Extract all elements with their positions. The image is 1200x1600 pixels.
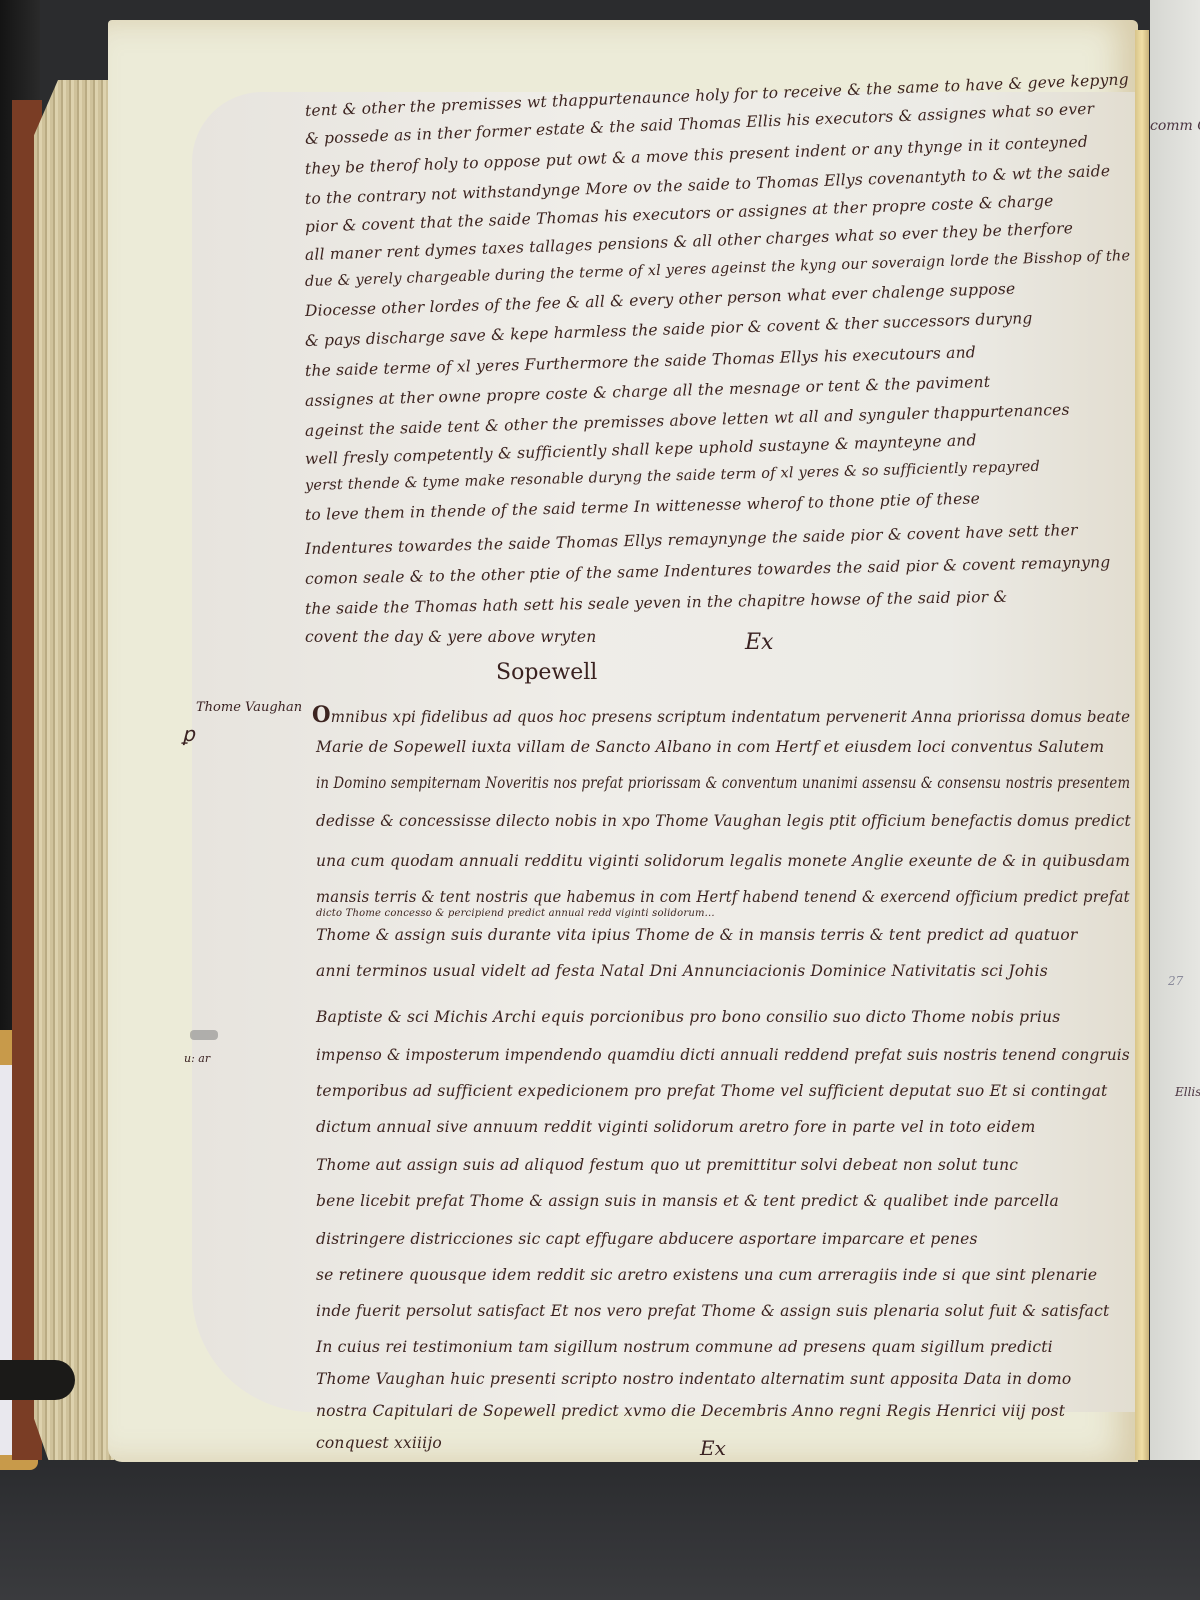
text-line: una cum quodam annuali redditu viginti s… xyxy=(316,852,1130,870)
facing-page-number: 27 xyxy=(1168,974,1183,988)
interlinear-text: dicto Thome concesso & percipiend predic… xyxy=(316,908,715,919)
text-line: dictum annual sive annuum reddit viginti… xyxy=(316,1118,1036,1136)
text-line: distringere districciones sic capt effug… xyxy=(316,1230,978,1248)
book-strap xyxy=(0,1360,75,1400)
text-line: anni terminos usual videlt ad festa Nata… xyxy=(316,962,1048,980)
text-line: temporibus ad sufficient expedicionem pr… xyxy=(316,1082,1107,1100)
text-line: impenso & imposterum impendendo quamdiu … xyxy=(316,1046,1130,1064)
text-line: conquest xxiiijo xyxy=(316,1434,442,1452)
text-line: In cuius rei testimonium tam sigillum no… xyxy=(316,1338,1053,1356)
facing-page-note-lower: Ellis xyxy=(1175,1085,1200,1099)
text-line: nostra Capitulari de Sopewell predict xv… xyxy=(316,1402,1065,1420)
facing-page xyxy=(1150,0,1200,1460)
section-heading: Sopewell xyxy=(496,660,597,685)
text-line: se retinere quousque idem reddit sic are… xyxy=(316,1266,1097,1284)
text-line: in Domino sempiternam Noveritis nos pref… xyxy=(316,774,1130,792)
text-line: Thome aut assign suis ad aliquod festum … xyxy=(316,1156,1018,1174)
text-line: Baptiste & sci Michis Archi equis porcio… xyxy=(316,1008,1060,1026)
margin-note-small: u: ar xyxy=(184,1052,210,1065)
examined-mark: Ex xyxy=(745,630,773,655)
page-block-edge xyxy=(34,80,114,1460)
text-line: Thome Vaughan huic presenti scripto nost… xyxy=(316,1370,1071,1388)
margin-bracket: ꝑ xyxy=(182,722,195,746)
text-line: inde fuerit persolut satisfact Et nos ve… xyxy=(316,1302,1109,1320)
margin-note-name: Thome Vaughan xyxy=(196,700,302,715)
facing-page-note-top: comm Cust xyxy=(1150,118,1200,134)
text-line: covent the day & yere above wryten xyxy=(305,628,596,646)
text-line-first: Omnibus xpi fidelibus ad quos hoc presen… xyxy=(312,702,1130,728)
text-span: mnibus xpi fidelibus ad quos hoc presens… xyxy=(331,708,1130,726)
text-line: Thome & assign suis durante vita ipius T… xyxy=(316,926,1077,944)
text-line: Marie de Sopewell iuxta villam de Sancto… xyxy=(316,738,1104,756)
text-line: mansis terris & tent nostris que habemus… xyxy=(316,888,1130,906)
text-line: dedisse & concessisse dilecto nobis in x… xyxy=(316,812,1131,830)
drop-cap: O xyxy=(312,702,331,728)
book-gutter xyxy=(1135,30,1149,1460)
ink-smudge xyxy=(190,1030,218,1040)
text-line: bene licebit prefat Thome & assign suis … xyxy=(316,1192,1059,1210)
background-table xyxy=(0,1455,1200,1600)
examined-mark: Ex xyxy=(700,1436,726,1460)
